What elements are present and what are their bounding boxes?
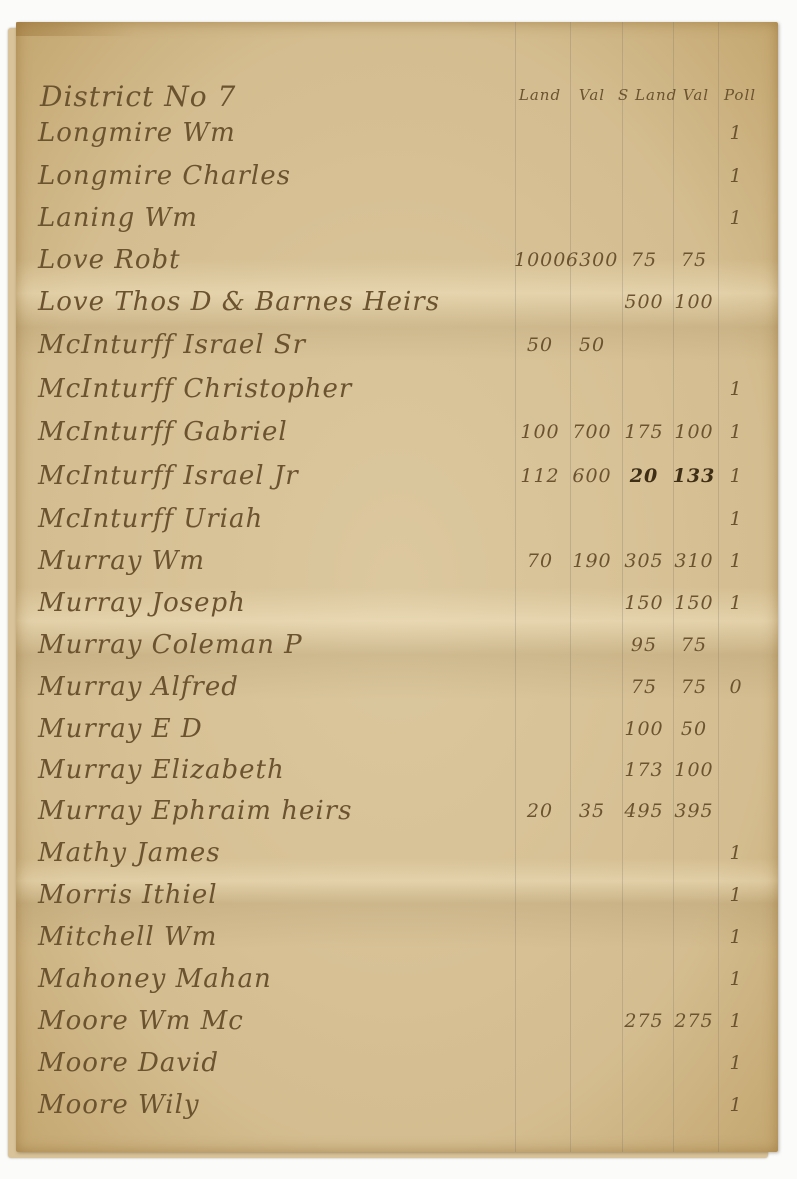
s-land-cell: 495 — [618, 800, 670, 822]
poll-cell: 1 — [716, 465, 756, 487]
poll-cell: 1 — [716, 1094, 756, 1116]
value-cell: 35 — [566, 800, 618, 822]
land-cell: 20 — [514, 800, 566, 822]
row-name: McInturff Christopher — [38, 374, 352, 404]
row-name: Murray Wm — [38, 546, 205, 576]
row-name: Love Robt — [38, 245, 181, 275]
row-name: Moore David — [38, 1048, 219, 1078]
column-header-val: Val — [566, 86, 618, 104]
land-cell: 100 — [514, 421, 566, 443]
row-name: Murray Ephraim heirs — [38, 796, 352, 826]
s-land-cell: 150 — [618, 592, 670, 614]
s-land-cell: 20 — [618, 465, 670, 487]
s-value-cell: 75 — [668, 249, 720, 271]
s-land-cell: 175 — [618, 421, 670, 443]
row-name: Mahoney Mahan — [38, 964, 272, 994]
s-value-cell: 150 — [668, 592, 720, 614]
s-land-cell: 75 — [618, 249, 670, 271]
row-name: Moore Wily — [38, 1090, 200, 1120]
row-name: Moore Wm Mc — [38, 1006, 244, 1036]
poll-cell: 1 — [716, 421, 756, 443]
row-name: Longmire Wm — [38, 118, 236, 148]
row-name: McInturff Israel Sr — [38, 330, 306, 360]
poll-cell: 0 — [716, 676, 756, 698]
poll-cell: 1 — [716, 550, 756, 572]
s-land-cell: 95 — [618, 634, 670, 656]
s-value-cell: 75 — [668, 634, 720, 656]
s-value-cell: 310 — [668, 550, 720, 572]
s-land-cell: 305 — [618, 550, 670, 572]
value-cell: 600 — [566, 465, 618, 487]
s-land-cell: 173 — [618, 759, 670, 781]
value-cell: 6300 — [566, 249, 618, 271]
column-rule — [673, 22, 674, 1152]
row-name: Murray Elizabeth — [38, 755, 285, 785]
column-header-poll: Poll — [720, 86, 760, 104]
column-header-land: Land — [514, 86, 566, 104]
row-name: McInturff Uriah — [38, 504, 263, 534]
column-rule — [622, 22, 623, 1152]
value-cell: 700 — [566, 421, 618, 443]
row-name: Laning Wm — [38, 203, 198, 233]
value-cell: 50 — [566, 334, 618, 356]
s-value-cell: 133 — [668, 465, 720, 487]
s-value-cell: 100 — [668, 759, 720, 781]
row-name: Longmire Charles — [38, 161, 291, 191]
row-name: Murray Coleman P — [38, 630, 303, 660]
poll-cell: 1 — [716, 122, 756, 144]
row-name: Love Thos D & Barnes Heirs — [38, 287, 440, 317]
column-header-sland: S Land — [618, 86, 670, 104]
poll-cell: 1 — [716, 968, 756, 990]
poll-cell: 1 — [716, 508, 756, 530]
s-value-cell: 100 — [668, 421, 720, 443]
poll-cell: 1 — [716, 926, 756, 948]
s-value-cell: 50 — [668, 718, 720, 740]
poll-cell: 1 — [716, 842, 756, 864]
edge-stain — [16, 22, 136, 36]
row-name: Mitchell Wm — [38, 922, 217, 952]
row-name: Murray Alfred — [38, 672, 239, 702]
s-value-cell: 395 — [668, 800, 720, 822]
column-rule — [515, 22, 516, 1152]
s-land-cell: 100 — [618, 718, 670, 740]
row-name: McInturff Gabriel — [38, 417, 288, 447]
s-value-cell: 100 — [668, 291, 720, 313]
row-name: McInturff Israel Jr — [38, 461, 299, 491]
row-name: Murray E D — [38, 714, 203, 744]
document-title: District No 7 — [40, 80, 236, 113]
poll-cell: 1 — [716, 592, 756, 614]
s-land-cell: 500 — [618, 291, 670, 313]
column-rule — [570, 22, 571, 1152]
poll-cell: 1 — [716, 1010, 756, 1032]
land-cell: 50 — [514, 334, 566, 356]
land-cell: 1000 — [514, 249, 566, 271]
s-land-cell: 275 — [618, 1010, 670, 1032]
poll-cell: 1 — [716, 165, 756, 187]
poll-cell: 1 — [716, 1052, 756, 1074]
land-cell: 112 — [514, 465, 566, 487]
s-value-cell: 75 — [668, 676, 720, 698]
poll-cell: 1 — [716, 884, 756, 906]
poll-cell: 1 — [716, 378, 756, 400]
row-name: Morris Ithiel — [38, 880, 218, 910]
row-name: Murray Joseph — [38, 588, 246, 618]
row-name: Mathy James — [38, 838, 221, 868]
land-cell: 70 — [514, 550, 566, 572]
s-value-cell: 275 — [668, 1010, 720, 1032]
value-cell: 190 — [566, 550, 618, 572]
s-land-cell: 75 — [618, 676, 670, 698]
column-header-sval: Val — [670, 86, 722, 104]
poll-cell: 1 — [716, 207, 756, 229]
